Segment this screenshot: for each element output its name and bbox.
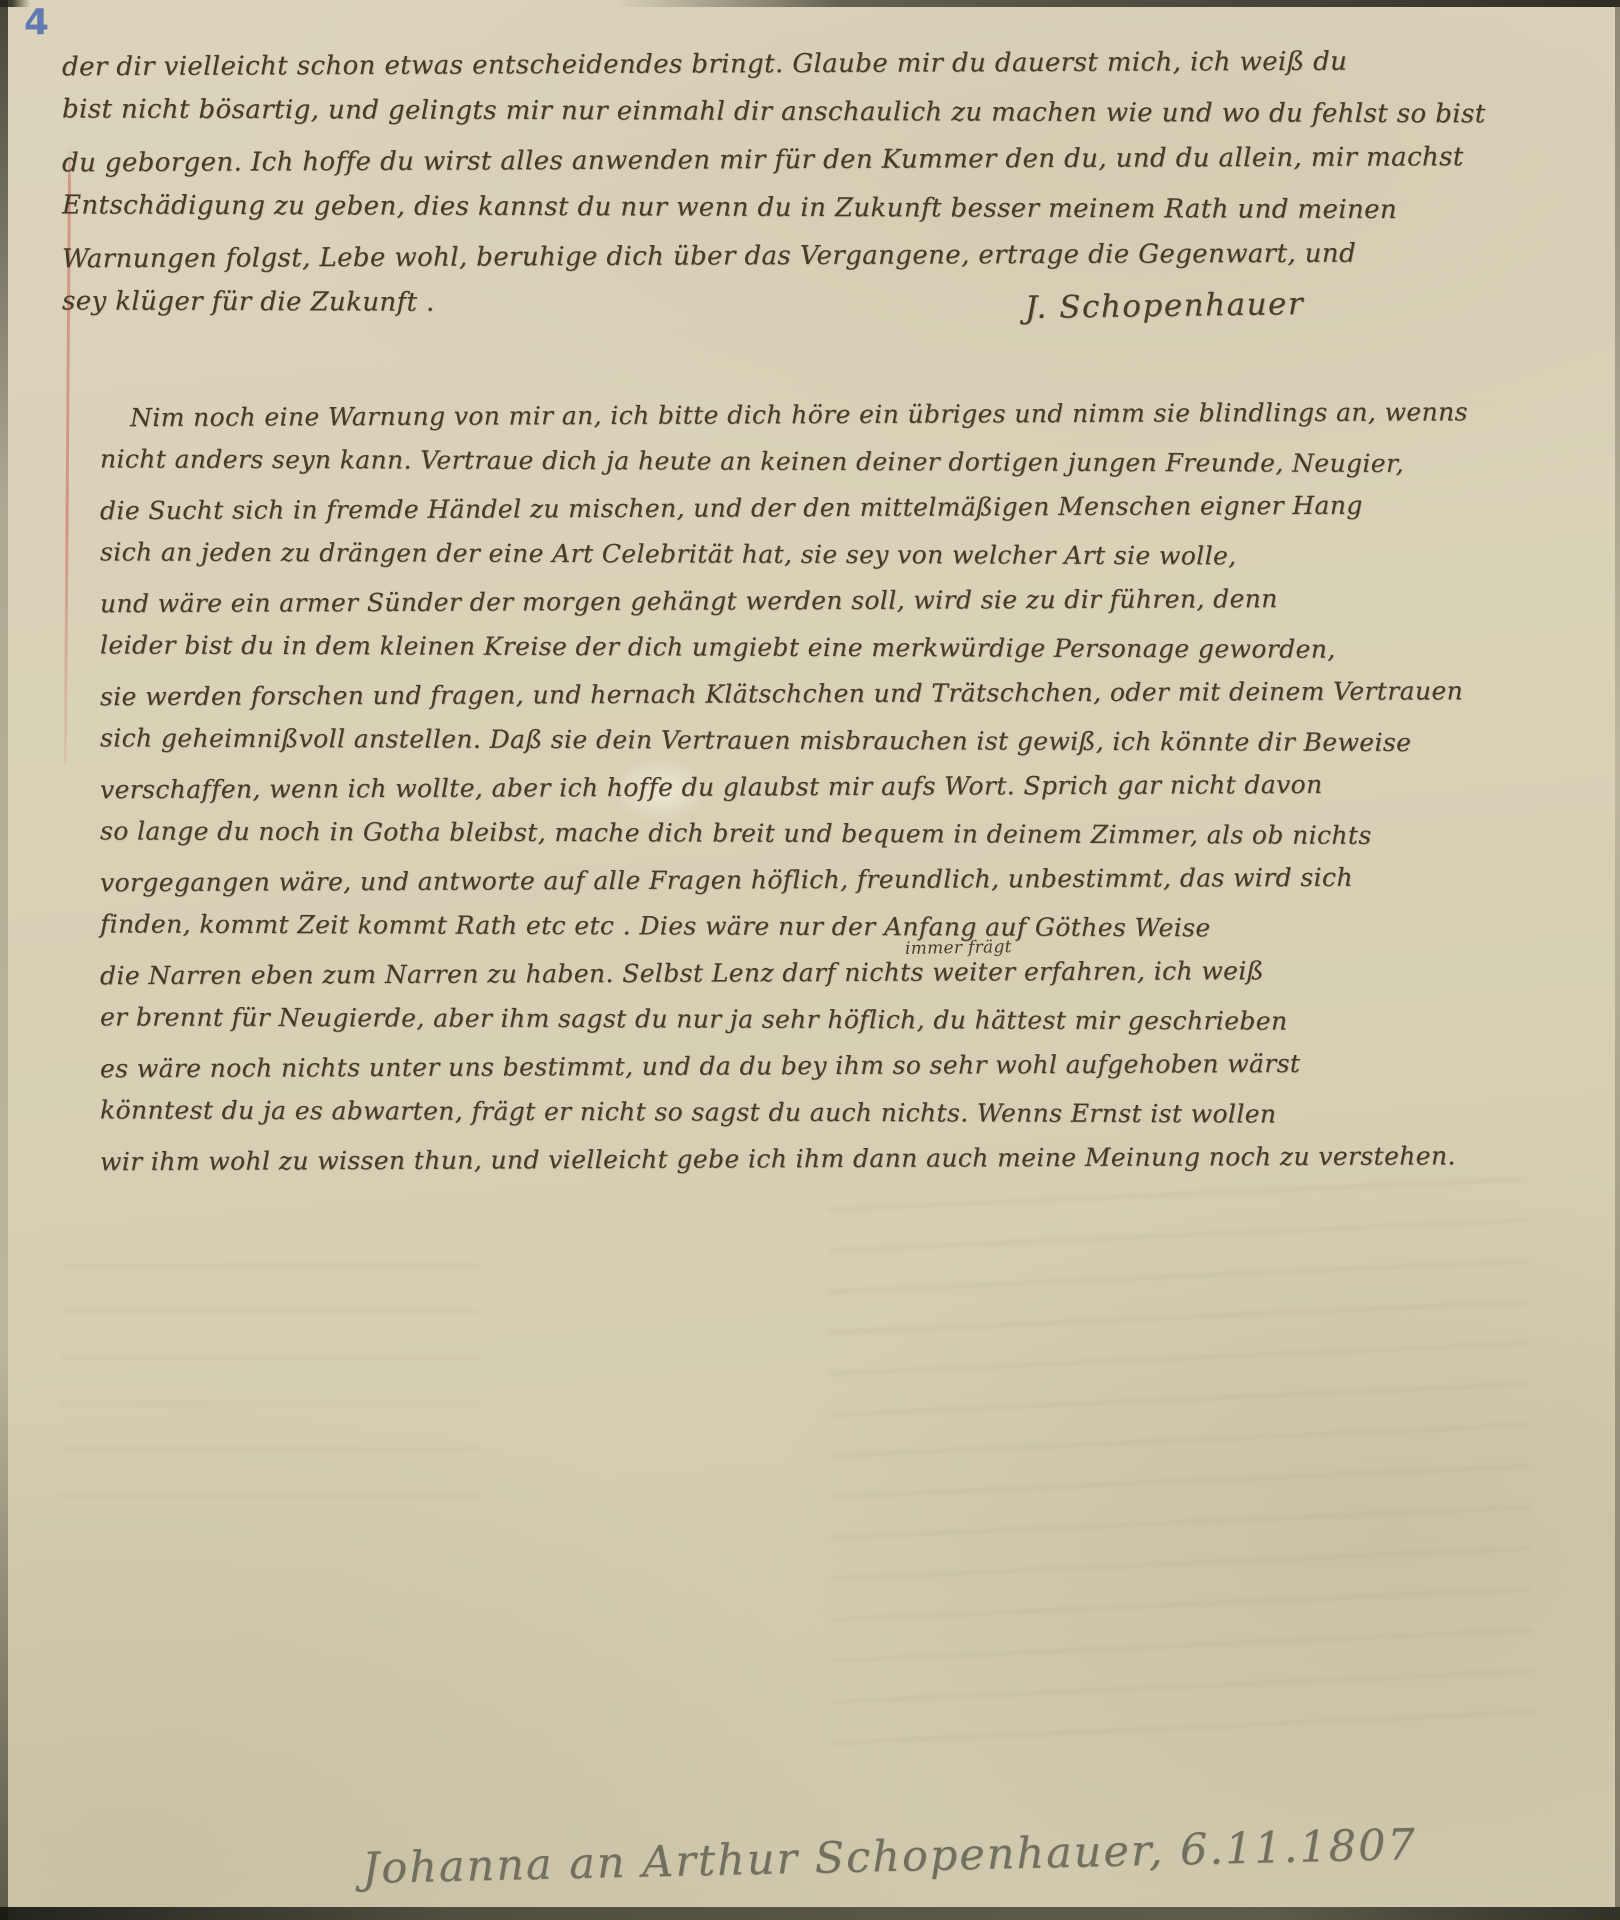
- letter-line: könntest du ja es abwarten, frägt er nic…: [100, 1087, 1580, 1139]
- interlinear-insertion: immer frägt: [905, 937, 1012, 959]
- letter-line: sie werden forschen und fragen, und hern…: [100, 668, 1580, 721]
- letter-line: die Sucht sich in fremde Händel zu misch…: [100, 482, 1580, 535]
- letter-paragraph-2: Nim noch eine Warnung von mir an, ich bi…: [100, 392, 1580, 1183]
- letter-line: bist nicht bösartig, und gelingts mir nu…: [62, 85, 1564, 138]
- letter-line: vorgegangen wäre, und antworte auf alle …: [100, 854, 1580, 907]
- scan-edge-top: [0, 0, 1620, 7]
- letter-line: verschaffen, wenn ich wollte, aber ich h…: [100, 761, 1580, 814]
- verso-show-through: [828, 1172, 1533, 1748]
- letter-line: der dir vielleicht schon etwas entscheid…: [62, 37, 1564, 92]
- letter-line: finden, kommt Zeit kommt Rath etc etc . …: [100, 901, 1580, 953]
- letter-line: und wäre ein armer Sünder der morgen geh…: [100, 575, 1580, 628]
- letter-line: die Narren eben zum Narren zu haben. Sel…: [100, 947, 1580, 1000]
- letter-page: 4 der dir vielleicht schon etwas entsche…: [0, 0, 1620, 1920]
- letter-line: Nim noch eine Warnung von mir an, ich bi…: [100, 389, 1580, 442]
- letter-line: Entschädigung zu geben, dies kannst du n…: [62, 181, 1564, 234]
- archival-annotation: Johanna an Arthur Schopenhauer, 6.11.180…: [362, 1820, 1418, 1894]
- letter-line: sich geheimnißvoll anstellen. Daß sie de…: [100, 715, 1580, 767]
- letter-paragraph-1: der dir vielleicht schon etwas entscheid…: [62, 40, 1564, 328]
- page-number: 4: [24, 2, 49, 43]
- verso-show-through: [60, 1230, 480, 1530]
- letter-line: sey klüger für die Zukunft .: [62, 277, 1564, 330]
- scan-edge-right: [1615, 0, 1620, 1920]
- letter-line: nicht anders seyn kann. Vertraue dich ja…: [100, 436, 1580, 488]
- letter-line: so lange du noch in Gotha bleibst, mache…: [100, 808, 1580, 860]
- letter-line: du geborgen. Ich hoffe du wirst alles an…: [62, 133, 1564, 188]
- letter-line: sich an jeden zu drängen der eine Art Ce…: [100, 529, 1580, 581]
- letter-line: er brennt für Neugierde, aber ihm sagst …: [100, 994, 1580, 1046]
- letter-line: Warnungen folgst, Lebe wohl, beruhige di…: [62, 229, 1564, 284]
- signature: J. Schopenhauer: [1025, 286, 1305, 326]
- scan-edge-bottom: [0, 1907, 1620, 1920]
- letter-line: leider bist du in dem kleinen Kreise der…: [100, 622, 1580, 674]
- scan-edge-left: [0, 0, 8, 1920]
- letter-line: es wäre noch nichts unter uns bestimmt, …: [100, 1040, 1580, 1093]
